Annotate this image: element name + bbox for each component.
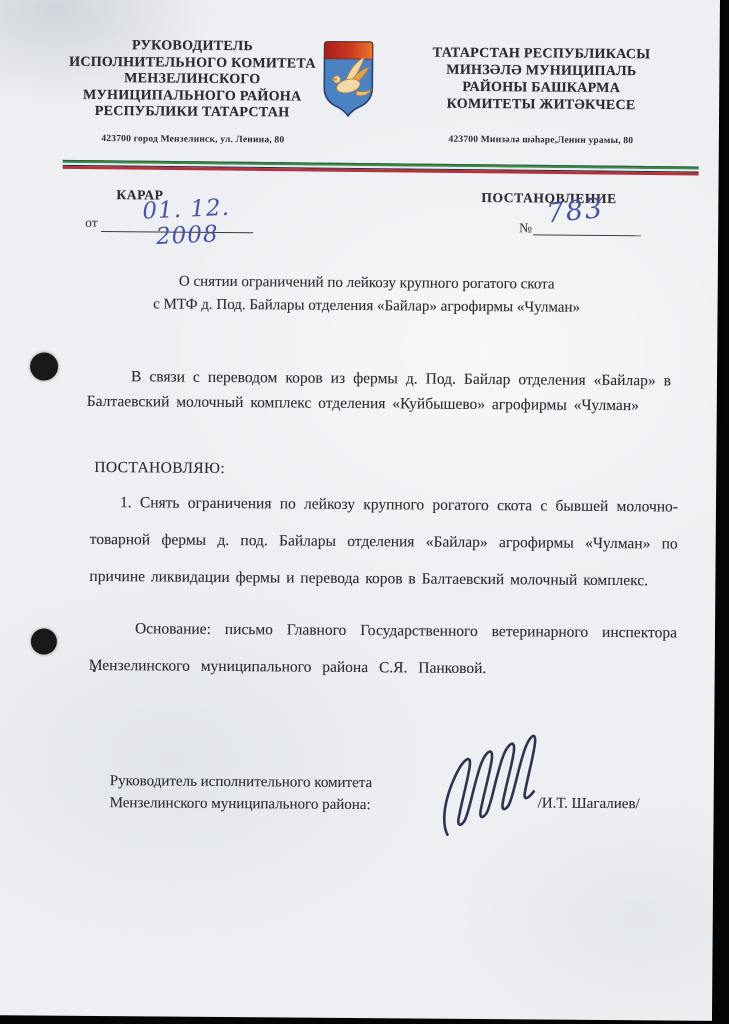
punch-hole [31, 628, 57, 654]
signatory-title-line2: Мензелинского муниципального района: [110, 792, 450, 817]
document-title: О снятии ограничений по лейкозу крупного… [73, 270, 659, 321]
preamble-paragraph: В связи с переводом коров из фермы д. По… [87, 364, 671, 419]
header-left-line: РЕСПУБЛИКИ ТАТАРСТАН [41, 104, 343, 123]
resolution-item-1: 1. Снять ограничения по лейкозу крупного… [89, 484, 678, 600]
signatory-name: /И.Т. Шагалиев/ [538, 795, 640, 813]
header-right-block: ТАТАРСТАН РЕСПУБЛИКАСЫ МИНЗӘЛӘ МУНИЦИПАЛ… [391, 44, 692, 114]
punch-hole [30, 352, 58, 380]
header-left-line: МУНИЦИПАЛЬНОГО РАЙОНА [41, 87, 343, 106]
signatory-title: Руководитель исполнительного комитета Ме… [110, 770, 450, 817]
date-label: от [85, 215, 98, 231]
signature-svg [433, 723, 544, 839]
header-left-address: 423700 город Мензелинск, ул. Ленина, 80 [43, 134, 343, 146]
basis-paragraph: Основание: письмо Главного Государственн… [89, 610, 678, 689]
header-right-line: КОМИТЕТЫ ЖИТӘКЧЕСЕ [391, 95, 691, 114]
header-left-line: ИСПОЛНИТЕЛЬНОГО КОМИТЕТА [41, 54, 343, 73]
document-page: РУКОВОДИТЕЛЬ ИСПОЛНИТЕЛЬНОГО КОМИТЕТА МЕ… [0, 0, 720, 1021]
header-right-address: 423700 Минзәлә шәһәре,Ленин урамы, 80 [391, 134, 691, 146]
scan-background: { "doc": { "header_left": { "lines": [ "… [0, 0, 729, 1024]
resolution-word: ПОСТАНОВЛЯЮ: [94, 459, 225, 478]
number-label: № [519, 220, 532, 236]
coat-of-arms-svg [321, 40, 376, 118]
handwritten-signature-icon [433, 723, 544, 839]
coat-of-arms-icon [321, 40, 376, 118]
stray-ink-dot [93, 669, 96, 672]
document-title-line2: с МТФ д. Под. Байлары отделения «Байлар»… [73, 293, 659, 321]
document-content: РУКОВОДИТЕЛЬ ИСПОЛНИТЕЛЬНОГО КОМИТЕТА МЕ… [0, 0, 720, 1015]
flag-divider [63, 160, 699, 176]
handwritten-date: 01. 12. 2008 [113, 193, 260, 251]
header-left-block: РУКОВОДИТЕЛЬ ИСПОЛНИТЕЛЬНОГО КОМИТЕТА МЕ… [41, 38, 344, 123]
header-right-line: ТАТАРСТАН РЕСПУБЛИКАСЫ [391, 44, 691, 63]
signatory-title-line1: Руководитель исполнительного комитета [110, 770, 450, 795]
